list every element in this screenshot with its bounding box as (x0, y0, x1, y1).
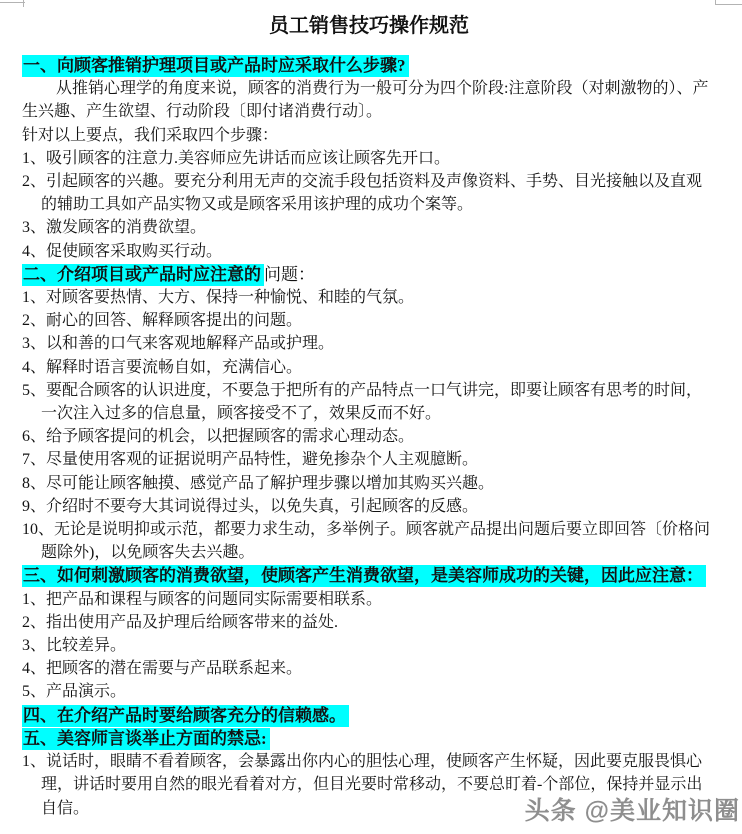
section-heading: 五、美容师言谈举止方面的禁忌: (22, 727, 716, 750)
list-item: 3、比较差异。 (22, 634, 716, 657)
list-item: 4、把顾客的潜在需要与产品联系起来。 (22, 657, 716, 680)
list-item: 1、把产品和课程与顾客的问题同实际需要相联系。 (22, 588, 716, 611)
heading-highlighted-text: 三、如何刺激顾客的消费欲望，使顾客产生消费欲望，是美容师成功的关键，因此应注意： (22, 565, 706, 587)
watermark: 头条 @美业知识圈 (525, 791, 740, 827)
section-heading: 二、介绍项目或产品时应注意的问题： (22, 263, 716, 286)
list-item: 4、促使顾客采取购买行动。 (22, 240, 716, 263)
list-item: 3、激发顾客的消费欲望。 (22, 216, 716, 239)
heading-highlighted-text: 一、向顾客推销护理项目或产品时应采取什么步骤? (22, 55, 409, 77)
crop-mark-top-right-horizontal (715, 4, 742, 5)
list-item: 5、产品演示。 (22, 680, 716, 703)
list-item: 3、以和善的口气来客观地解释产品或护理。 (22, 332, 716, 355)
list-item: 8、尽可能让顾客触摸、感觉产品了解护理步骤以增加其购买兴趣。 (22, 472, 716, 495)
document-title: 员工销售技巧操作规范 (22, 14, 716, 38)
list-item: 1、吸引顾客的注意力.美容师应先讲话而应该让顾客先开口。 (22, 147, 716, 170)
section-heading: 三、如何刺激顾客的消费欲望，使顾客产生消费欲望，是美容师成功的关键，因此应注意： (22, 564, 716, 587)
heading-highlighted-text: 四、在介绍产品时要给顾客充分的信赖感。 (22, 705, 349, 727)
list-item: 2、耐心的回答、解释顾客提出的问题。 (22, 309, 716, 332)
list-item: 1、对顾客要热情、大方、保持一种愉悦、和睦的气氛。 (22, 286, 716, 309)
paragraph: 针对以上要点，我们采取四个步骤： (22, 124, 716, 147)
list-item: 4、解释时语言要流畅自如，充满信心。 (22, 356, 716, 379)
crop-mark-top-left-horizontal (0, 2, 25, 3)
paragraph: 从推销心理学的角度来说，顾客的消费行为一般可分为四个阶段:注意阶段（对刺激物的）… (22, 77, 716, 123)
crop-mark-top-right-vertical (715, 0, 716, 5)
list-item: 7、尽量使用客观的证据说明产品特性，避免掺杂个人主观臆断。 (22, 448, 716, 471)
heading-highlighted-text: 五、美容师言谈举止方面的禁忌: (22, 728, 270, 750)
list-item: 5、要配合顾客的认识进度，不要急于把所有的产品特点一口气讲完，即要让顾客有思考的… (22, 379, 716, 425)
document-page: 员工销售技巧操作规范 一、向顾客推销护理项目或产品时应采取什么步骤?从推销心理学… (0, 0, 742, 820)
list-item: 2、引起顾客的兴趣。要充分利用无声的交流手段包括资料及声像资料、手势、目光接触以… (22, 170, 716, 216)
list-item: 2、指出使用产品及护理后给顾客带来的益处. (22, 611, 716, 634)
document-body: 一、向顾客推销护理项目或产品时应采取什么步骤?从推销心理学的角度来说，顾客的消费… (22, 54, 716, 820)
list-item: 9、介绍时不要夸大其词说得过头，以免失真，引起顾客的反感。 (22, 495, 716, 518)
list-item: 10、无论是说明抑或示范，都要力求生动，多举例子。顾客就产品提出问题后要立即回答… (22, 518, 716, 564)
list-item: 6、给予顾客提问的机会，以把握顾客的需求心理动态。 (22, 425, 716, 448)
section-heading: 四、在介绍产品时要给顾客充分的信赖感。 (22, 704, 716, 727)
heading-highlighted-text: 二、介绍项目或产品时应注意的 (22, 264, 264, 286)
section-heading: 一、向顾客推销护理项目或产品时应采取什么步骤? (22, 54, 716, 77)
heading-plain-text: 问题： (264, 265, 315, 284)
crop-mark-top-left-vertical (23, 0, 24, 7)
